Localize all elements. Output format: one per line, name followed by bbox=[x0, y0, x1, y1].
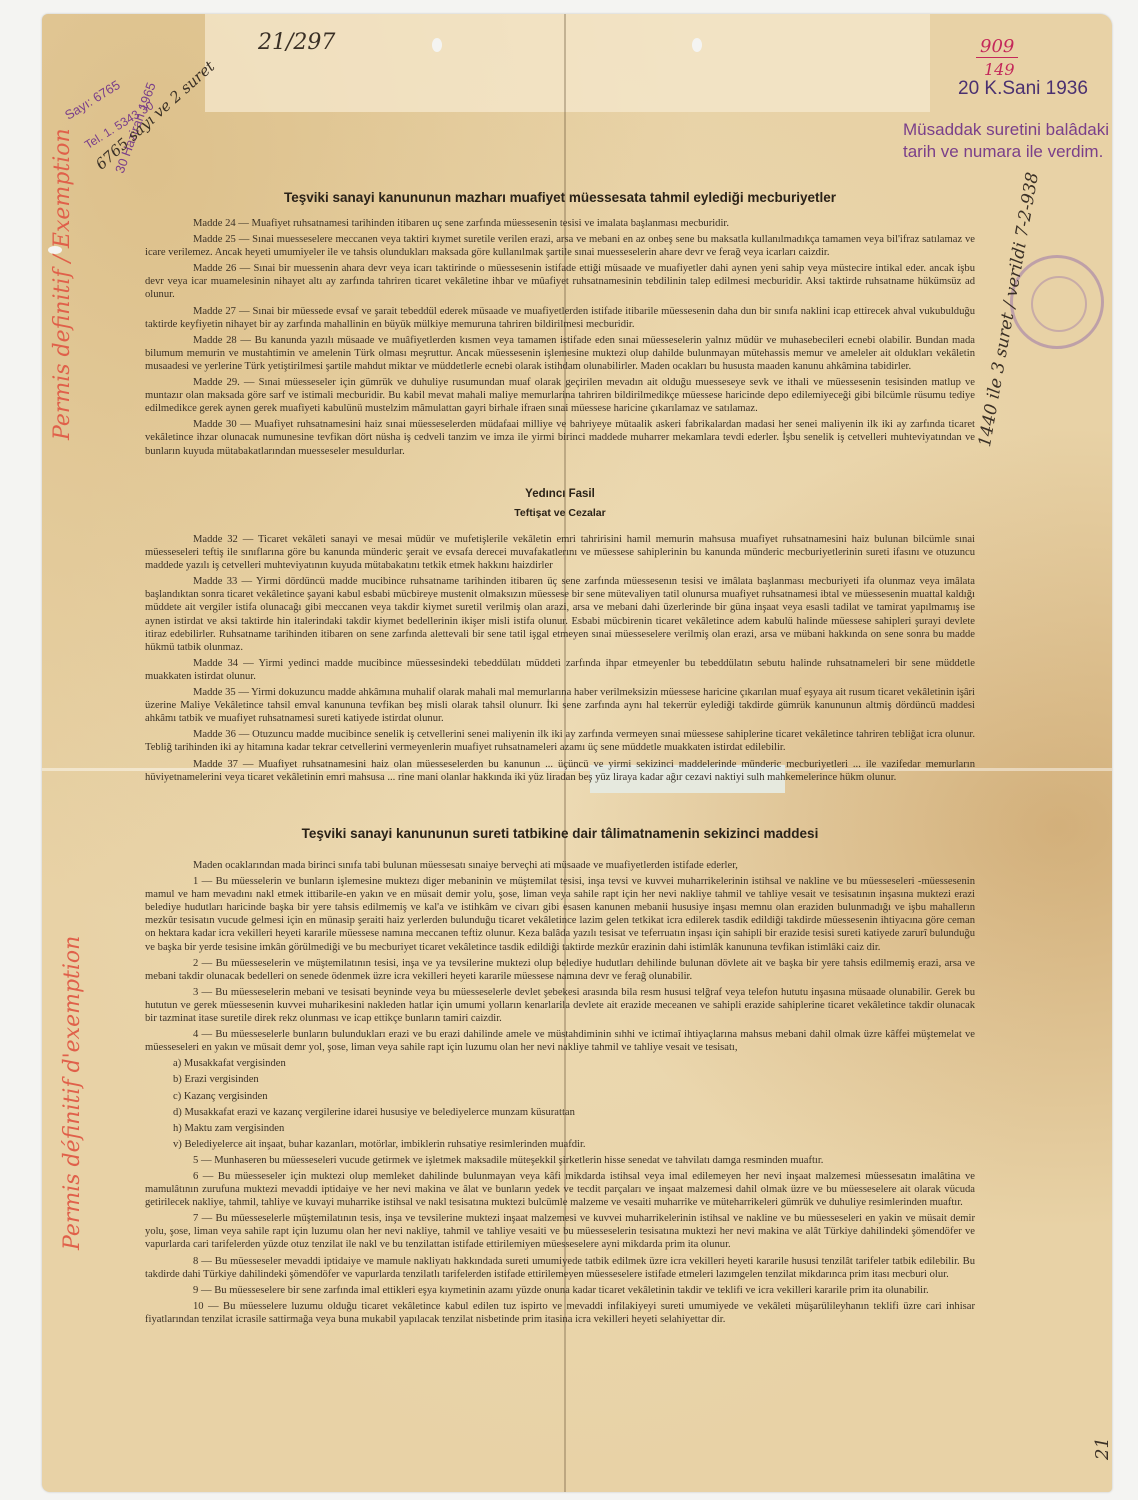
tape-strip bbox=[205, 14, 930, 112]
section1-body: Madde 24 — Muafiyet ruhsatnamesi tarihin… bbox=[145, 214, 975, 458]
sub-item: a) Musakkafat vergisinden bbox=[145, 1057, 975, 1070]
sub-item: h) Maktu zam vergisinden bbox=[145, 1122, 975, 1135]
section3-body: Maden ocaklarından mada birinci sınıfa t… bbox=[145, 856, 975, 1326]
certification-stamp-line1: Müsaddak suretini balâdaki bbox=[903, 120, 1109, 140]
article: Madde 34 — Yirmi yedinci madde mucibince… bbox=[145, 657, 975, 683]
list-item: 2 — Bu müesseselerin ve müştemilatının t… bbox=[145, 957, 975, 983]
punch-hole bbox=[692, 38, 702, 52]
article: Madde 37 — Muafiyet ruhsatnamesini haiz … bbox=[145, 758, 975, 784]
sub-item: v) Belediyelerce ait inşaat, buhar kazan… bbox=[145, 1138, 975, 1151]
section1-title: Teşviki sanayi kanununun mazharı muafiye… bbox=[145, 190, 975, 205]
list-item: 6 — Bu müesseseler için muktezi olup mem… bbox=[145, 1170, 975, 1209]
article: Madde 26 — Sınai bir muessenin ahara dev… bbox=[145, 262, 975, 301]
article: Madde 30 — Muafiyet ruhsatnamesini haiz … bbox=[145, 418, 975, 457]
page-number: 21 bbox=[1092, 1437, 1113, 1460]
section2-subtitle: Teftişat ve Cezalar bbox=[145, 507, 975, 519]
section2-body: Madde 32 — Ticaret vekâleti sanayi ve me… bbox=[145, 530, 975, 784]
article: Madde 33 — Yirmi dördüncü madde mucibinc… bbox=[145, 575, 975, 654]
fraction-top: 909 bbox=[976, 36, 1018, 58]
list-item: 7 — Bu müesseselerle müştemilatının tesi… bbox=[145, 1212, 975, 1251]
article: Madde 35 — Yirmi dokuzuncu madde ahkâmın… bbox=[145, 686, 975, 725]
fraction-bottom: 149 bbox=[984, 60, 1015, 79]
file-number: 21/297 bbox=[258, 30, 335, 55]
red-note-bottom: Permis définitif d'exemption bbox=[60, 936, 85, 1250]
sub-item: c) Kazanç vergisinden bbox=[145, 1090, 975, 1103]
article: Madde 24 — Muafiyet ruhsatnamesi tarihin… bbox=[145, 217, 975, 230]
article: Madde 25 — Sınai muesseselere meccanen v… bbox=[145, 233, 975, 259]
list-item: 4 — Bu müesseselerle bunların bulundukla… bbox=[145, 1028, 975, 1054]
article: Madde 36 — Otuzuncu madde mucibince sene… bbox=[145, 728, 975, 754]
article: Madde 27 — Sınai bir müessede evsaf ve ş… bbox=[145, 305, 975, 331]
red-note-top: Permis definitif / Exemption bbox=[50, 128, 75, 440]
certification-stamp-line2: tarih ve numara ile verdim. bbox=[903, 142, 1103, 162]
section2-title: Yedıncı Fasil bbox=[145, 488, 975, 500]
punch-hole bbox=[432, 38, 442, 52]
article: Madde 28 — Bu kanunda yazılı müsaade ve … bbox=[145, 334, 975, 373]
list-item: 10 — Bu müesselere luzumu olduğu ticaret… bbox=[145, 1300, 975, 1326]
list-item: 3 — Bu müesseselerin mebani ve tesisati … bbox=[145, 986, 975, 1025]
list-item: 9 — Bu müesseselere bir sene zarfında im… bbox=[145, 1284, 975, 1297]
date-stamp: 20 K.Sani 1936 bbox=[958, 78, 1088, 100]
article: Madde 29. — Sınai müesseseler için gümrü… bbox=[145, 376, 975, 415]
sub-item: d) Musakkafat erazi ve kazanç vergilerin… bbox=[145, 1106, 975, 1119]
article: Madde 32 — Ticaret vekâleti sanayi ve me… bbox=[145, 533, 975, 572]
intro: Maden ocaklarından mada birinci sınıfa t… bbox=[145, 859, 975, 872]
sub-item: b) Erazi vergisinden bbox=[145, 1073, 975, 1086]
list-item: 1 — Bu müesselerin ve bunların işlemesin… bbox=[145, 875, 975, 954]
section3-title: Teşviki sanayi kanununun sureti tatbikin… bbox=[145, 826, 975, 841]
list-item: 5 — Munhaseren bu müesseseleri vucude ge… bbox=[145, 1154, 975, 1167]
list-item: 8 — Bu müesseseler mevaddi iptidaiye ve … bbox=[145, 1255, 975, 1281]
